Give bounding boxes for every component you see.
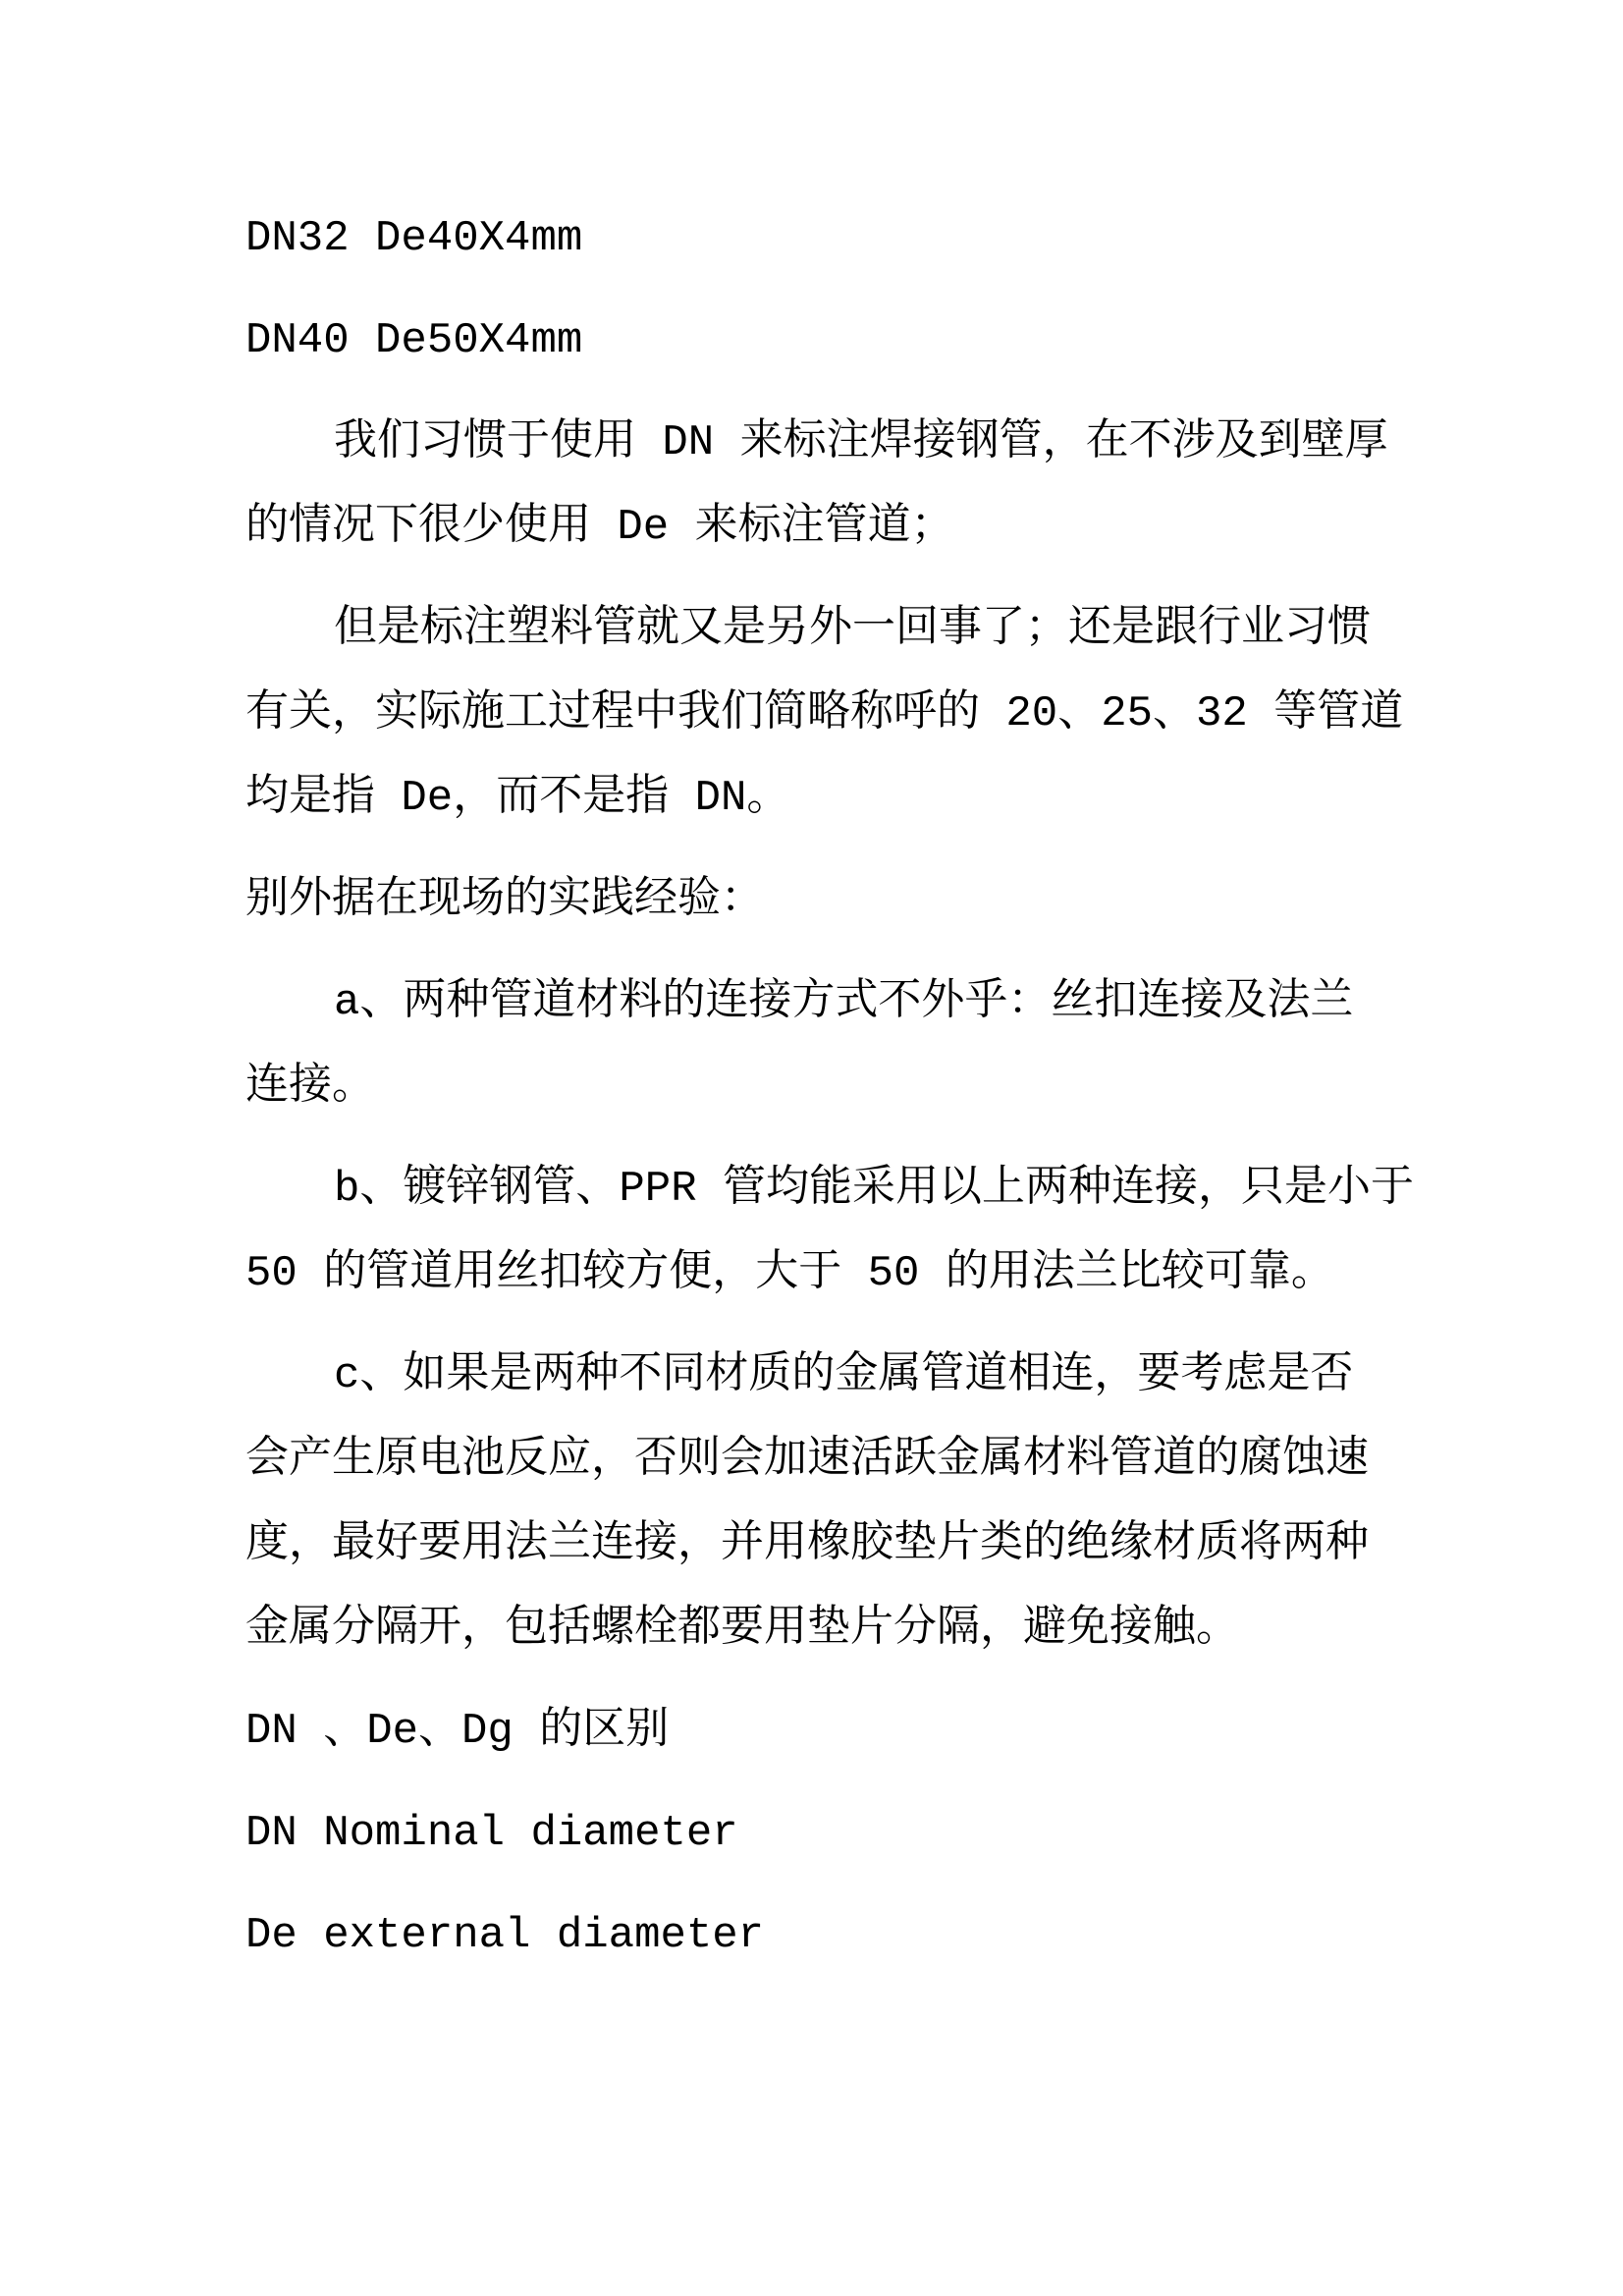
- text-line: 度，最好要用法兰连接，并用橡胶垫片类的绝缘材质将两种: [245, 1503, 1378, 1587]
- paragraph-item-c: c、如果是两种不同材质的金属管道相连，要考虑是否 会产生原电池反应，否则会加速活…: [245, 1334, 1378, 1671]
- text-line: 金属分隔开，包括螺栓都要用垫片分隔，避免接触。: [245, 1587, 1378, 1671]
- paragraph-dn-definition: DN Nominal diameter: [245, 1791, 1378, 1876]
- text-line: 的情况下很少使用 De 来标注管道；: [245, 485, 1378, 570]
- text-line: b、镀锌钢管、PPR 管均能采用以上两种连接，只是小于: [245, 1147, 1378, 1231]
- paragraph-dn32-spec: DN32 De40X4mm: [245, 196, 1378, 281]
- paragraph-dn40-spec: DN40 De50X4mm: [245, 299, 1378, 383]
- paragraph-field-experience-heading: 别外据在现场的实践经验：: [245, 858, 1378, 943]
- paragraph-item-b: b、镀锌钢管、PPR 管均能采用以上两种连接，只是小于 50 的管道用丝扣较方便…: [245, 1147, 1378, 1316]
- document-page: DN32 De40X4mm DN40 De50X4mm 我们习惯于使用 DN 来…: [0, 0, 1623, 2296]
- text-line: 50 的管道用丝扣较方便，大于 50 的用法兰比较可靠。: [245, 1231, 1378, 1316]
- paragraph-plastic-pipe: 但是标注塑料管就又是另外一回事了；还是跟行业习惯 有关，实际施工过程中我们简略称…: [245, 587, 1378, 841]
- paragraph-de-definition: De external diameter: [245, 1893, 1378, 1978]
- text-line: DN40 De50X4mm: [245, 299, 1378, 383]
- text-line: DN32 De40X4mm: [245, 196, 1378, 281]
- text-line: 有关，实际施工过程中我们简略称呼的 20、25、32 等管道: [245, 672, 1378, 756]
- text-line: De external diameter: [245, 1893, 1378, 1978]
- text-line: DN 、De、Dg 的区别: [245, 1689, 1378, 1774]
- text-line: 会产生原电池反应，否则会加速活跃金属材料管道的腐蚀速: [245, 1418, 1378, 1503]
- text-line: 但是标注塑料管就又是另外一回事了；还是跟行业习惯: [245, 587, 1378, 672]
- text-line: DN Nominal diameter: [245, 1791, 1378, 1876]
- paragraph-difference-heading: DN 、De、Dg 的区别: [245, 1689, 1378, 1774]
- text-line: 别外据在现场的实践经验：: [245, 858, 1378, 943]
- paragraph-dn-usage: 我们习惯于使用 DN 来标注焊接钢管，在不涉及到壁厚 的情况下很少使用 De 来…: [245, 401, 1378, 570]
- text-line: c、如果是两种不同材质的金属管道相连，要考虑是否: [245, 1334, 1378, 1418]
- text-line: 我们习惯于使用 DN 来标注焊接钢管，在不涉及到壁厚: [245, 401, 1378, 485]
- text-line: 均是指 De，而不是指 DN。: [245, 756, 1378, 841]
- text-line: a、两种管道材料的连接方式不外乎：丝扣连接及法兰: [245, 960, 1378, 1045]
- text-line: 连接。: [245, 1045, 1378, 1129]
- paragraph-item-a: a、两种管道材料的连接方式不外乎：丝扣连接及法兰 连接。: [245, 960, 1378, 1129]
